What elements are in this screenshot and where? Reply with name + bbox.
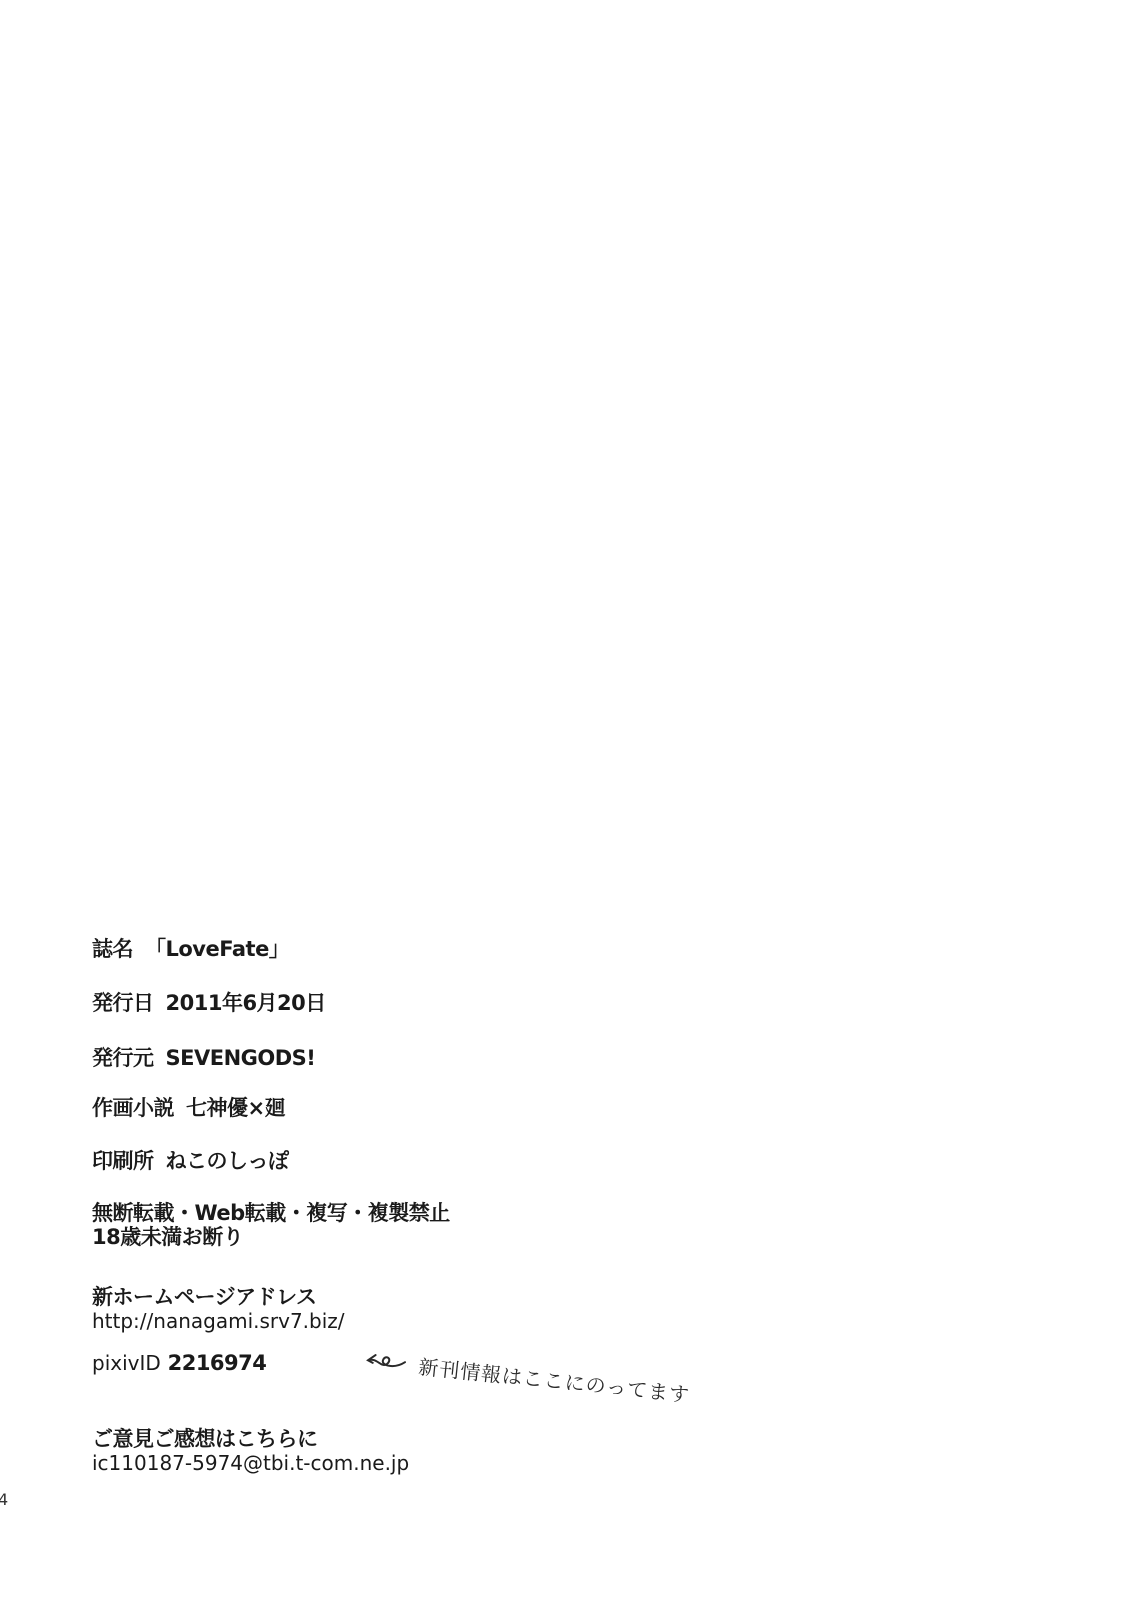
handwritten-note-text: 新刊情報はここにのってます [417, 1355, 691, 1407]
homepage-label: 新ホームページアドレス [92, 1285, 345, 1309]
publisher-line: 発行元SEVENGODS! [92, 1046, 315, 1070]
homepage-url[interactable]: http://nanagami.srv7.biz/ [92, 1309, 345, 1333]
author-value: 七神優×廻 [186, 1096, 285, 1120]
pixiv-value: 2216974 [168, 1351, 267, 1375]
page-number: 4 [0, 1490, 8, 1509]
feedback-block: ご意見ご感想はこちらに ic110187-5974@tbi.t-com.ne.j… [92, 1427, 409, 1475]
publisher-value: SEVENGODS! [166, 1046, 316, 1070]
title-value: 「LoveFate」 [145, 937, 289, 961]
publisher-label: 発行元 [92, 1046, 154, 1070]
title-label: 誌名 [92, 937, 133, 961]
homepage-block: 新ホームページアドレス http://nanagami.srv7.biz/ [92, 1285, 345, 1333]
date-line: 発行日2011年6月20日 [92, 991, 326, 1015]
author-line: 作画小説七神優×廻 [92, 1096, 285, 1120]
printer-value: ねこのしっぽ [166, 1149, 289, 1173]
curly-arrow-icon [363, 1350, 409, 1379]
title-line: 誌名「LoveFate」 [92, 937, 289, 961]
feedback-email[interactable]: ic110187-5974@tbi.t-com.ne.jp [92, 1451, 409, 1475]
date-value: 2011年6月20日 [166, 991, 326, 1015]
notice-block: 無断転載・Web転載・複写・複製禁止 18歳未満お断り [92, 1201, 450, 1249]
author-label: 作画小説 [92, 1096, 174, 1120]
pixiv-line: pixivID 2216974 [92, 1351, 266, 1375]
notice-line-1: 無断転載・Web転載・複写・複製禁止 [92, 1201, 450, 1225]
handwritten-note: 新刊情報はここにのってます [363, 1345, 691, 1409]
date-label: 発行日 [92, 991, 154, 1015]
printer-line: 印刷所ねこのしっぽ [92, 1149, 289, 1173]
notice-line-2: 18歳未満お断り [92, 1225, 450, 1249]
feedback-label: ご意見ご感想はこちらに [92, 1427, 409, 1451]
pixiv-label: pixivID [92, 1351, 161, 1375]
printer-label: 印刷所 [92, 1149, 154, 1173]
